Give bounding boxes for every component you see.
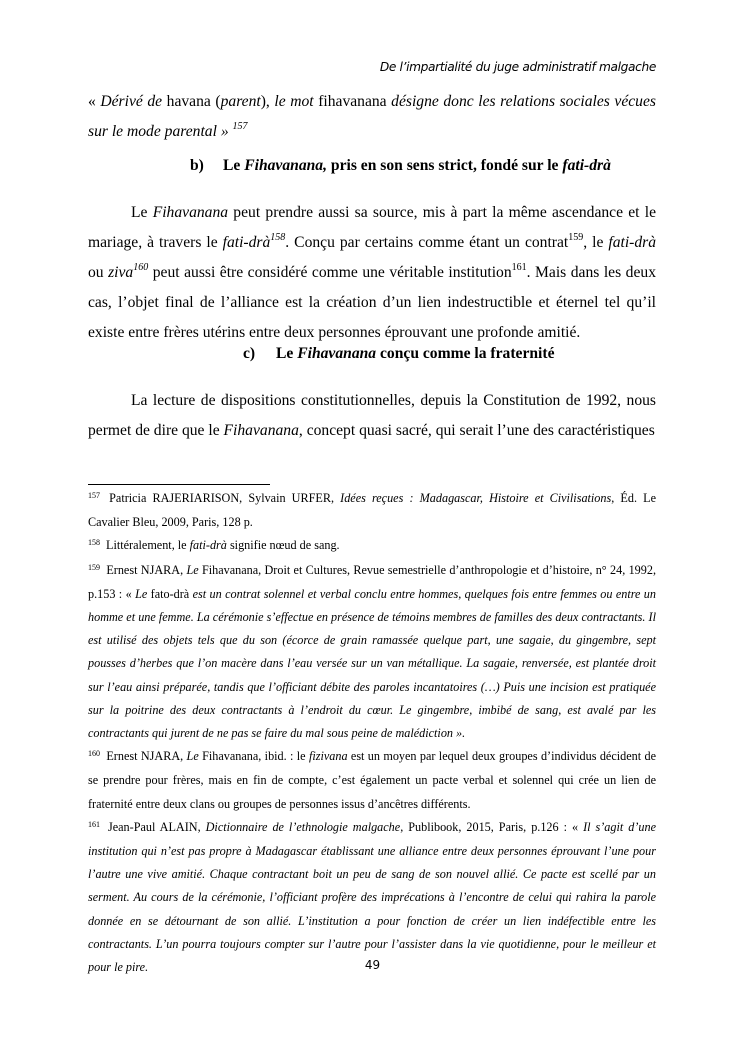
footnote-text: Fihavanana, ibid. : le xyxy=(199,749,309,763)
opening-quote: « Dérivé de havana (parent), le mot fiha… xyxy=(88,87,656,147)
footnote-text: Le xyxy=(186,563,198,577)
footnote-text: Le xyxy=(135,587,147,601)
footnote-text: Idées reçues : Madagascar, Histoire et C… xyxy=(340,491,611,505)
footnote-text: Il s’agit d’une institution qui n’est pa… xyxy=(88,820,656,974)
quote-mark: « xyxy=(88,93,100,110)
section-label: b) xyxy=(190,157,223,175)
footnote-158: 158 Littéralement, le fati-drà signifie … xyxy=(88,534,656,558)
footnote-text: Patricia RAJERIARISON, Sylvain URFER, xyxy=(103,491,340,505)
footnote-161: 161 Jean-Paul ALAIN, Dictionnaire de l’e… xyxy=(88,816,656,979)
footnote-text: Jean-Paul ALAIN, xyxy=(103,820,206,834)
paragraph-text: Fihavanana xyxy=(153,204,228,221)
section-heading-b: b)Le Fihavanana, pris en son sens strict… xyxy=(190,157,690,175)
quote-text: parent xyxy=(221,93,261,110)
footnote-separator xyxy=(88,484,270,485)
footnote-text: Ernest NJARA, xyxy=(103,563,186,577)
footnote-text: est un contrat solennel et verbal conclu… xyxy=(88,587,656,740)
footnote-text: Le xyxy=(187,749,199,763)
page-number: 49 xyxy=(0,958,745,972)
footnote-number: 158 xyxy=(88,538,100,547)
footnote-text: Littéralement, le xyxy=(103,538,190,552)
paragraph-text: Fihavanana xyxy=(224,422,299,439)
footnote-text: , Publibook, 2015, Paris, p.126 : « xyxy=(400,820,583,834)
footnote-159: 159 Ernest NJARA, Le Fihavanana, Droit e… xyxy=(88,559,656,746)
heading-text: Fihavanana xyxy=(297,345,376,362)
footnote-text: fizivana xyxy=(309,749,348,763)
paragraph-fati-dra: Le Fihavanana peut prendre aussi sa sour… xyxy=(88,198,656,348)
footnote-text: Ernest NJARA, xyxy=(103,749,187,763)
paragraph-text: ou xyxy=(88,264,108,281)
heading-text: Le xyxy=(223,157,244,174)
footnotes: 157 Patricia RAJERIARISON, Sylvain URFER… xyxy=(88,487,656,979)
quote-text: Dérivé de xyxy=(100,93,162,110)
heading-text: pris en son sens strict, fondé sur le xyxy=(327,157,562,174)
paragraph-text: Le xyxy=(131,204,153,221)
heading-text: Fihavanana, xyxy=(244,157,327,174)
footnote-number: 160 xyxy=(88,749,100,758)
paragraph-text: , le xyxy=(583,234,608,251)
footnote-text: signifie nœud de sang. xyxy=(227,538,340,552)
quote-text: le mot xyxy=(274,93,313,110)
footnote-160: 160 Ernest NJARA, Le Fihavanana, ibid. :… xyxy=(88,745,656,816)
paragraph-text: , concept quasi sacré, qui serait l’une … xyxy=(299,422,655,439)
footnote-text: fato-drà xyxy=(147,587,192,601)
paragraph-text: peut aussi être considéré comme une véri… xyxy=(148,264,511,281)
footnote-number: 159 xyxy=(88,563,100,572)
footnote-ref[interactable]: 157 xyxy=(233,121,248,132)
footnote-text: fati-drà xyxy=(190,538,227,552)
heading-text: fati-drà xyxy=(562,157,611,174)
footnote-157: 157 Patricia RAJERIARISON, Sylvain URFER… xyxy=(88,487,656,534)
footnote-ref[interactable]: 159 xyxy=(568,232,583,243)
footnote-number: 161 xyxy=(88,820,100,829)
paragraph-text: fati-drà xyxy=(608,234,656,251)
quote-text: ), xyxy=(261,93,275,110)
paragraph-text: fati-drà xyxy=(223,234,271,251)
quote-text: fihavanana xyxy=(314,93,392,110)
quote-text: havana ( xyxy=(162,93,221,110)
footnote-ref[interactable]: 161 xyxy=(512,262,527,273)
paragraph-fraternite: La lecture de dispositions constitutionn… xyxy=(88,386,656,446)
section-label: c) xyxy=(243,345,276,363)
footnote-ref[interactable]: 160 xyxy=(133,262,148,273)
section-heading-c: c)Le Fihavanana conçu comme la fraternit… xyxy=(243,345,643,363)
running-header: De l’impartialité du juge administratif … xyxy=(380,60,656,74)
footnote-ref[interactable]: 158 xyxy=(270,232,285,243)
document-page: De l’impartialité du juge administratif … xyxy=(0,0,745,1053)
heading-text: Le xyxy=(276,345,297,362)
paragraph-text: . Conçu par certains comme étant un cont… xyxy=(285,234,568,251)
heading-text: conçu comme la fraternité xyxy=(376,345,554,362)
paragraph-text: ziva xyxy=(108,264,133,281)
footnote-text: Dictionnaire de l’ethnologie malgache xyxy=(206,820,401,834)
footnote-number: 157 xyxy=(88,491,100,500)
